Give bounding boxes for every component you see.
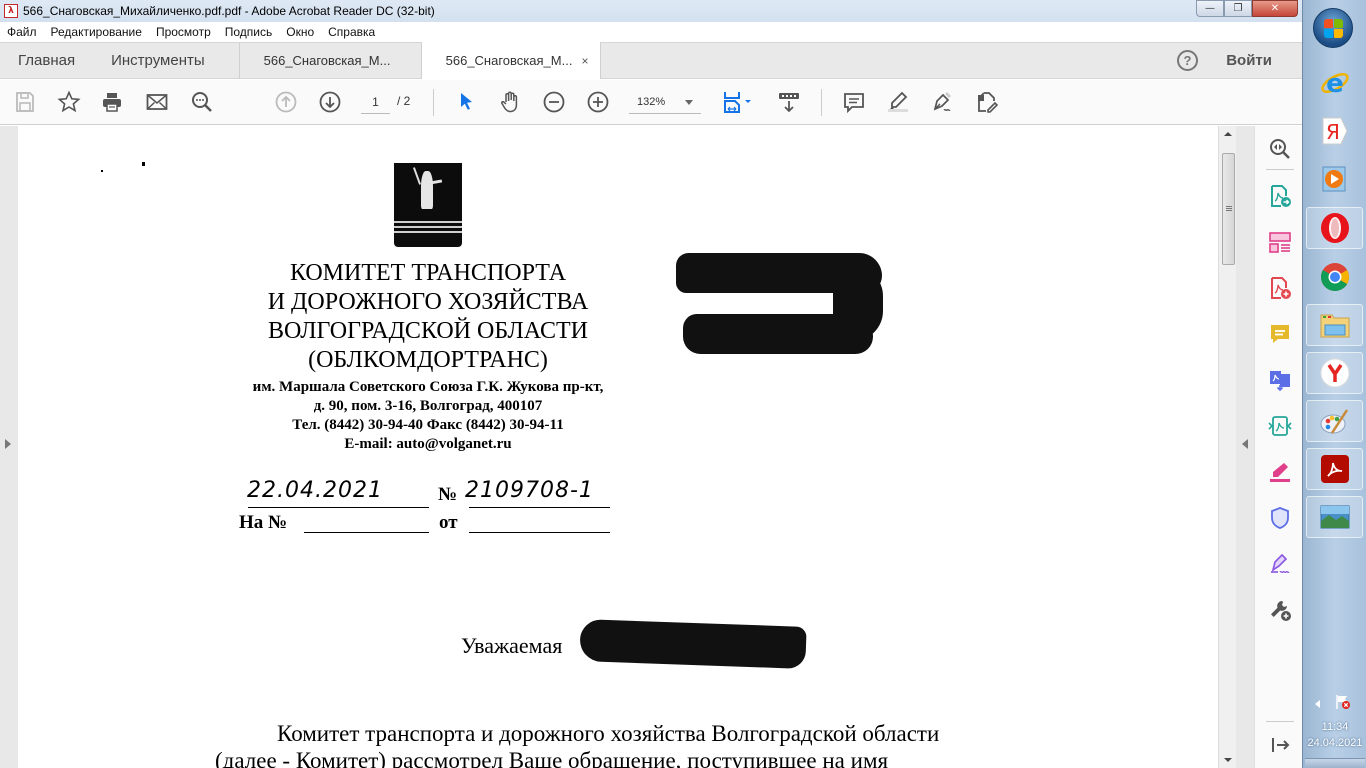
vertical-scrollbar[interactable] bbox=[1218, 126, 1236, 768]
acrobat-window: λ 566_Снаговская_Михайличенко.pdf.pdf - … bbox=[0, 0, 1302, 768]
close-tab-icon[interactable]: × bbox=[581, 54, 588, 68]
page-total: / 2 bbox=[397, 94, 410, 108]
protect-icon[interactable] bbox=[1268, 506, 1292, 530]
zoom-level-dropdown[interactable]: 132% bbox=[629, 92, 701, 114]
date-underline bbox=[248, 507, 429, 508]
toolbar: 1 / 2 132% bbox=[0, 80, 1302, 125]
mail-icon[interactable] bbox=[144, 90, 170, 114]
yandex-browser-shortcut-icon[interactable]: Я bbox=[1306, 110, 1363, 152]
left-panel-collapsed[interactable] bbox=[0, 126, 18, 768]
export-pdf-icon[interactable] bbox=[1268, 184, 1292, 208]
number-underline bbox=[469, 507, 610, 508]
acrobat-icon: λ bbox=[4, 4, 18, 18]
restore-button[interactable]: ❐ bbox=[1224, 0, 1252, 17]
action-center-flag-icon[interactable] bbox=[1335, 694, 1351, 710]
star-icon[interactable] bbox=[56, 90, 82, 114]
menu-bar: Файл Редактирование Просмотр Подпись Окн… bbox=[0, 22, 1302, 42]
svg-text:Я: Я bbox=[1326, 120, 1340, 144]
scan-artifact bbox=[101, 170, 103, 172]
tab-bar: Главная Инструменты 566_Снаговская_М... … bbox=[0, 42, 1302, 79]
menu-sign[interactable]: Подпись bbox=[218, 25, 280, 39]
more-tools-icon[interactable] bbox=[1268, 598, 1292, 622]
zoom-tool-icon[interactable] bbox=[1268, 137, 1292, 161]
show-desktop-button[interactable] bbox=[1305, 758, 1365, 768]
paint-icon[interactable] bbox=[1306, 400, 1363, 442]
tools-pane bbox=[1254, 126, 1302, 768]
menu-view[interactable]: Просмотр bbox=[149, 25, 218, 39]
start-button[interactable] bbox=[1313, 8, 1353, 48]
expand-left-panel-icon[interactable] bbox=[5, 439, 11, 449]
minimize-button[interactable]: — bbox=[1196, 0, 1224, 17]
menu-file[interactable]: Файл bbox=[0, 25, 44, 39]
tab-document-2[interactable]: 566_Снаговская_М... × bbox=[421, 42, 601, 79]
organize-pages-icon[interactable] bbox=[1268, 230, 1292, 254]
number-label: № bbox=[438, 484, 457, 506]
print-icon[interactable] bbox=[99, 90, 125, 114]
scroll-up-icon[interactable] bbox=[1224, 132, 1232, 136]
scrollbar-thumb[interactable] bbox=[1222, 153, 1235, 265]
right-panel-collapse-strip[interactable] bbox=[1236, 126, 1254, 768]
letter-body: Комитет транспорта и дорожного хозяйства… bbox=[215, 720, 1039, 768]
fill-sign-tool-icon[interactable] bbox=[1268, 460, 1292, 484]
svg-text:e: e bbox=[1326, 69, 1344, 99]
tab-document-1-label: 566_Снаговская_М... bbox=[264, 53, 391, 68]
highlight-icon[interactable] bbox=[885, 90, 911, 114]
windows-taskbar: e Я 11:34 24.04.2021 bbox=[1302, 0, 1366, 768]
help-icon[interactable]: ? bbox=[1177, 50, 1198, 71]
photo-viewer-icon[interactable] bbox=[1306, 496, 1363, 538]
chevron-down-icon bbox=[685, 100, 693, 105]
redaction-mark bbox=[579, 619, 806, 669]
comment-tool-icon[interactable] bbox=[1268, 322, 1292, 346]
clock-time: 11:34 bbox=[1303, 719, 1366, 735]
coat-of-arms-emblem bbox=[394, 163, 462, 247]
tools-divider bbox=[1266, 169, 1294, 170]
system-clock[interactable]: 11:34 24.04.2021 bbox=[1303, 719, 1366, 751]
clock-date: 24.04.2021 bbox=[1303, 735, 1366, 751]
menu-window[interactable]: Окно bbox=[279, 25, 321, 39]
fit-page-icon[interactable] bbox=[721, 90, 757, 114]
collapse-right-panel-icon[interactable] bbox=[1242, 439, 1248, 449]
handwritten-number: 2109708-1 bbox=[465, 478, 594, 503]
acrobat-reader-icon[interactable] bbox=[1306, 448, 1363, 490]
organization-name: КОМИТЕТ ТРАНСПОРТА И ДОРОЖНОГО ХОЗЯЙСТВА… bbox=[248, 259, 608, 375]
ref-number-underline bbox=[304, 532, 429, 533]
handwritten-date: 22.04.2021 bbox=[247, 478, 383, 503]
pdf-page: КОМИТЕТ ТРАНСПОРТА И ДОРОЖНОГО ХОЗЯЙСТВА… bbox=[18, 126, 1218, 768]
tab-home[interactable]: Главная bbox=[0, 52, 93, 69]
combine-files-icon[interactable] bbox=[1268, 368, 1292, 392]
document-viewport[interactable]: КОМИТЕТ ТРАНСПОРТА И ДОРОЖНОГО ХОЗЯЙСТВА… bbox=[0, 126, 1218, 768]
ref-date-label: от bbox=[439, 512, 458, 534]
zoom-level-value: 132% bbox=[637, 96, 665, 108]
title-bar: λ 566_Снаговская_Михайличенко.pdf.pdf - … bbox=[0, 0, 1302, 22]
zoom-in-icon[interactable] bbox=[585, 90, 611, 114]
window-title: 566_Снаговская_Михайличенко.pdf.pdf - Ad… bbox=[23, 4, 435, 18]
hand-icon[interactable] bbox=[497, 90, 523, 114]
panel-collapse-icon[interactable] bbox=[1268, 733, 1292, 757]
fill-sign-icon[interactable] bbox=[973, 90, 999, 114]
yandex-icon[interactable] bbox=[1306, 352, 1363, 394]
toolbar-divider bbox=[821, 89, 822, 116]
page-number-input[interactable]: 1 bbox=[361, 92, 390, 114]
file-explorer-icon[interactable] bbox=[1306, 304, 1363, 346]
tab-tools[interactable]: Инструменты bbox=[93, 52, 223, 69]
greeting: Уважаемая bbox=[461, 633, 562, 659]
internet-explorer-icon[interactable]: e bbox=[1306, 62, 1363, 104]
create-pdf-icon[interactable] bbox=[1268, 276, 1292, 300]
scroll-mode-icon[interactable] bbox=[776, 90, 802, 114]
comment-icon[interactable] bbox=[841, 90, 867, 114]
arrow-up-circle-icon[interactable] bbox=[273, 90, 299, 114]
search-icon[interactable] bbox=[189, 90, 215, 114]
save-icon[interactable] bbox=[12, 90, 38, 114]
scroll-down-icon[interactable] bbox=[1224, 758, 1232, 762]
arrow-down-circle-icon[interactable] bbox=[317, 90, 343, 114]
compress-pdf-icon[interactable] bbox=[1268, 414, 1292, 438]
organization-address: им. Маршала Советского Союза Г.К. Жукова… bbox=[218, 378, 638, 454]
tools-divider bbox=[1266, 721, 1294, 722]
ref-number-label: На № bbox=[239, 512, 287, 534]
select-cursor-icon[interactable] bbox=[453, 90, 479, 114]
tab-document-2-label: 566_Снаговская_М... bbox=[446, 53, 573, 68]
login-button[interactable]: Войти bbox=[1226, 52, 1272, 69]
send-for-signature-icon[interactable] bbox=[1268, 552, 1292, 576]
sign-icon[interactable] bbox=[929, 90, 955, 114]
ref-date-underline bbox=[469, 532, 610, 533]
redaction-mark bbox=[683, 314, 873, 354]
toolbar-divider bbox=[433, 89, 434, 116]
zoom-out-icon[interactable] bbox=[541, 90, 567, 114]
tab-document-1[interactable]: 566_Снаговская_М... bbox=[239, 43, 421, 79]
tray-expand-icon[interactable] bbox=[1315, 700, 1320, 708]
menu-help[interactable]: Справка bbox=[321, 25, 382, 39]
scan-artifact bbox=[142, 162, 145, 166]
chrome-icon[interactable] bbox=[1306, 256, 1363, 298]
close-button[interactable]: ✕ bbox=[1252, 0, 1298, 17]
media-player-icon[interactable] bbox=[1306, 158, 1363, 200]
opera-icon[interactable] bbox=[1306, 207, 1363, 249]
menu-edit[interactable]: Редактирование bbox=[44, 25, 149, 39]
